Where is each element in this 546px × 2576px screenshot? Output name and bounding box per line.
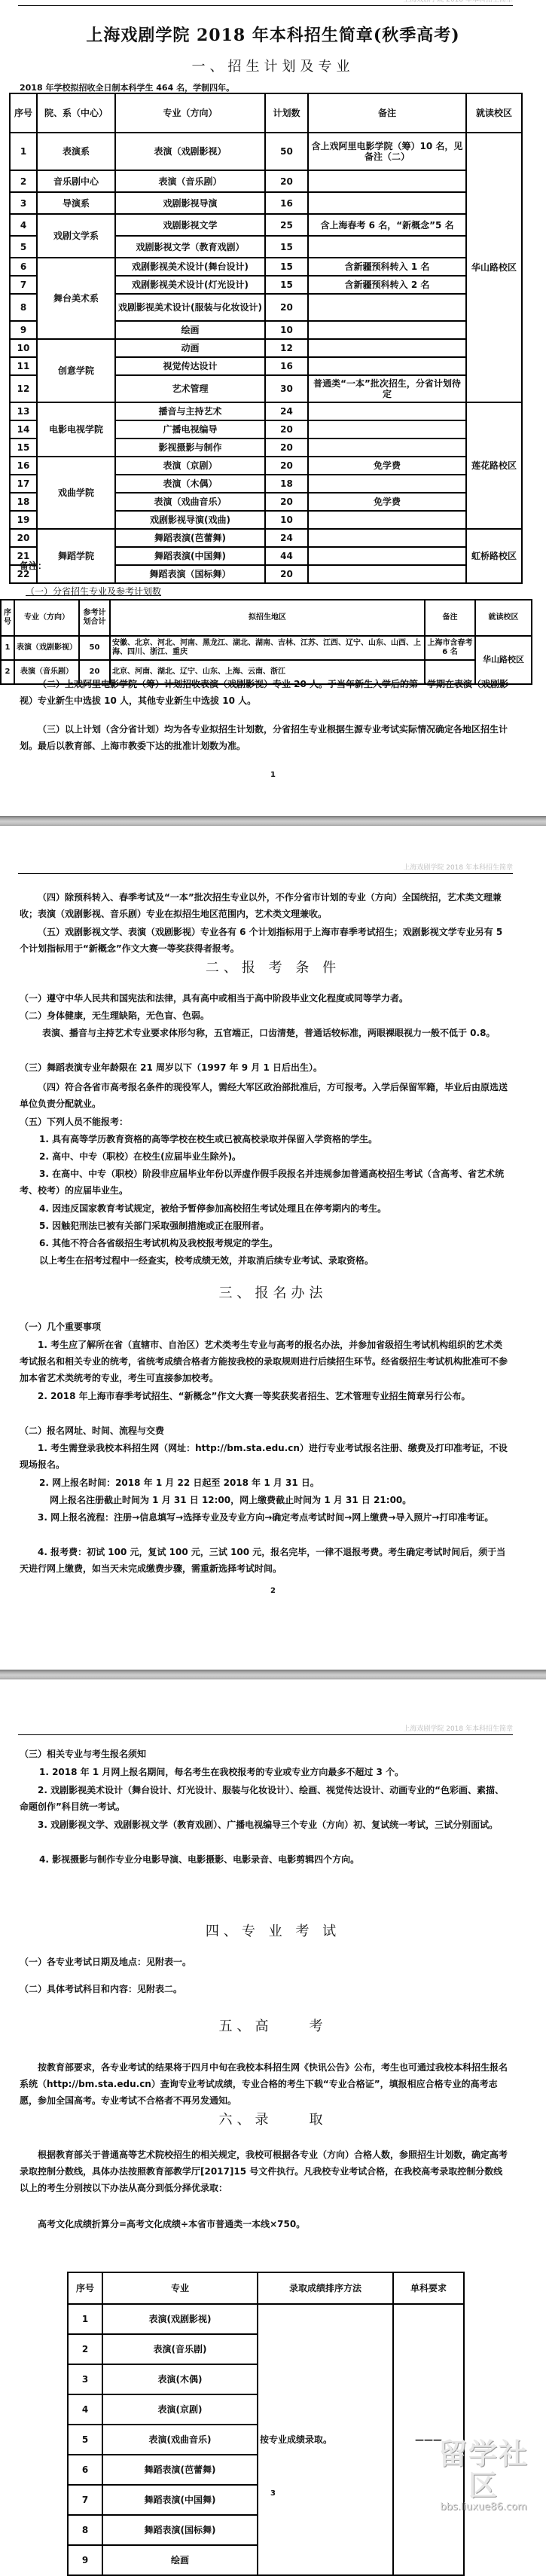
table-header-row: 序号 专业 录取成绩排序方法 单科要求 — [68, 2272, 464, 2304]
page-number: 1 — [0, 771, 546, 779]
page-2: 上海戏剧学院 2018 年本科招生简章 （四）除预科转入、春季考试及“一本”批次… — [0, 826, 546, 1670]
section-6-heading: 六、录 取 — [0, 2109, 546, 2128]
table-row: 1 表演系 表演（戏剧影视） 50 含上戏阿里电影学院（筹）10 名，见备注（二… — [10, 133, 522, 170]
section-3-heading: 三、报名办法 — [0, 1282, 546, 1302]
page-number: 2 — [0, 1587, 546, 1595]
section-6-text: 根据教育部关于普通高等艺术院校招生的相关规定，我校可根据各专业（方向）合格人数，… — [20, 2147, 509, 2196]
header-no: 序号 — [10, 93, 37, 133]
note-4: （四）除预科转入、春季考试及“一本”批次招生专业以外，不作分省市计划的专业（方向… — [20, 889, 509, 922]
section-3-sub-1-item-2: 2. 2018 年上海市春季考试招生、“新概念”作文大赛一等奖获奖者招生、艺术管… — [20, 1388, 509, 1404]
watermark-text: 留学社区 — [427, 2438, 540, 2501]
section-3-sub-3-item-4: 4. 影视摄影与制作专业分电影导演、电影摄影、电影录音、电影剪辑四个方向。 — [39, 1851, 509, 1868]
header-dept: 院、系（中心） — [37, 93, 115, 133]
table-row: 1 表演（戏剧影视） 50 安徽、北京、河北、河南、黑龙江、湖北、湖南、吉林、江… — [1, 636, 532, 660]
table-row: 20 舞蹈学院 舞蹈表演(芭蕾舞) 24 虹桥路校区 — [10, 529, 522, 547]
condition-3: （三）舞蹈表演专业年龄限在 21 周岁以下（1997 年 9 月 1 日后出生）… — [20, 1059, 509, 1076]
running-head: 上海戏剧学院 2018 年本科招生简章 — [18, 1723, 513, 1735]
condition-4: （四）符合各省市高考报名条件的现役军人，需经大军区政治部批准后，方可报考。入学后… — [20, 1079, 509, 1112]
section-3-sub-3: （三）相关专业与考生报名须知 — [20, 1746, 509, 1762]
section-3-sub-2-item-4: 4. 报考费：初试 100 元，复试 100 元，三试 100 元，报名完毕，一… — [20, 1544, 509, 1577]
excluded-1: 1. 具有高等学历教育资格的高等学校在校生或已被高校录取并保留入学资格的学生。 — [39, 1131, 509, 1147]
table-row: 6 舞台美术系 戏剧影视美术设计(舞台设计) 15 含新疆预科转入 1 名 — [10, 258, 522, 276]
condition-1: （一）遵守中华人民共和国宪法和法律，具有高中或相当于高中阶段毕业文化程度或同等学… — [20, 990, 509, 1007]
table-row: 2 音乐剧中心 表演（音乐剧） 20 — [10, 170, 522, 192]
condition-2: （二）身体健康，无生理缺陷，无色盲、色弱。 — [20, 1007, 509, 1024]
header-note: 备注 — [308, 93, 466, 133]
table-row: 1 表演(戏剧影视) 按专业成绩录取。 ——— — [68, 2304, 464, 2334]
section-3-sub-3-item-3: 3. 戏剧影视文学、戏剧影视文学（教育戏剧）、广播电视编导三个专业（方向）初、复… — [20, 1817, 509, 1833]
excluded-6: 6. 其他不符合各省级招生考试机构及我校报考规定的学生。 — [39, 1235, 509, 1251]
excluded-4: 4. 因违反国家教育考试规定，被给予暂停参加高校招生考试处理且在停考期内的考生。 — [39, 1200, 509, 1217]
page-separator — [0, 816, 546, 826]
excluded-5: 5. 因触犯刑法已被有关部门采取强制措施或正在服刑者。 — [39, 1218, 509, 1234]
campus-lianhua: 莲花路校区 — [466, 402, 522, 529]
note-5: （五）戏剧影视文学、表演（戏剧影视）专业各有 6 个计划指标用于上海市春季考试招… — [20, 924, 509, 957]
condition-5: （五）下列人员不能报考： — [20, 1114, 509, 1130]
enrollment-plan-table: 序号 院、系（中心） 专业（方向） 计划数 备注 就读校区 1 表演系 表演（戏… — [9, 93, 523, 584]
table-header-row: 序号 院、系（中心） 专业（方向） 计划数 备注 就读校区 — [10, 93, 522, 133]
exclusion-closing: 以上考生在招考过程中一经查实，校考成绩无效，并取消后续专业考试、录取资格。 — [39, 1252, 509, 1269]
section-4-item-2: （二）具体考试科目和内容：见附表二。 — [20, 1981, 509, 1997]
document-title: 上海戏剧学院 2018 年本科招生简章(秋季高考) — [0, 23, 546, 46]
section-3-sub-2-item-2: 2. 网上报名时间：2018 年 1 月 22 日起至 2018 年 1 月 3… — [39, 1474, 509, 1491]
campus-huashan: 华山路校区 — [466, 133, 522, 402]
section-3-sub-1: （一）几个重要事项 — [20, 1319, 509, 1335]
notes-label: 备注： — [20, 558, 509, 574]
section-3-sub-2-item-1: 1. 考生需登录我校本科招生网（网址：http://bm.sta.edu.cn）… — [20, 1440, 509, 1473]
section-5-text: 按教育部要求，各专业考试的结果将于四月中旬在我校本科招生网《快讯公告》公布，考生… — [20, 2059, 509, 2109]
note-3: （三）以上计划（含分省计划）均为各专业拟招生计划数，分省招生专业根据生源专业考试… — [20, 721, 509, 754]
page-3: 上海戏剧学院 2018 年本科招生简章 （三）相关专业与考生报名须知 1. 20… — [0, 1679, 546, 2507]
section-3-sub-1-item-1: 1. 考生应了解所在省（直辖市、自治区）艺术类考生专业与高考的报名办法，并参加省… — [20, 1337, 509, 1386]
watermark-url: bbs.liuxue86.com — [427, 2501, 540, 2513]
admission-method: 按专业成绩录取。 — [258, 2304, 393, 2575]
header-campus: 就读校区 — [466, 93, 522, 133]
province-plan-table: 序号 专业（方向） 参考计划合计 拟招生地区 备注 就读校区 1 表演（戏剧影视… — [0, 599, 532, 685]
running-head: 上海戏剧学院 2018 年本科招生简章 — [18, 862, 513, 874]
table-row: 16 戏曲学院 表演（京剧） 20 免学费 — [10, 457, 522, 475]
table-row: 4 戏剧文学系 戏剧影视文学 25 含上海春考 6 名，“新概念”5 名 — [10, 214, 522, 236]
table-row: 3 导演系 戏剧影视导演 16 — [10, 192, 522, 214]
page-separator — [0, 1670, 546, 1679]
section-1-heading: 一、招生计划及专业 — [0, 56, 546, 75]
note-1-heading: （一）分省招生专业及参考计划数 — [26, 583, 515, 600]
section-3-sub-2-item-3: 3. 网上报名流程：注册→信息填写→选择专业及专业方向→确定考点考试时间→网上缴… — [20, 1509, 509, 1526]
page-1: 上海戏剧学院 2018 年本科招生简章 上海戏剧学院 2018 年本科招生简章(… — [0, 0, 546, 816]
table-row: 13 电影电视学院 播音与主持艺术 24 莲花路校区 — [10, 402, 522, 420]
section-5-heading: 五、高 考 — [0, 2015, 546, 2035]
watermark-logo: 留学社区 bbs.liuxue86.com — [427, 2438, 540, 2491]
condition-2-detail: 表演、播音与主持艺术专业要求体形匀称，五官端正，口齿清楚，普通话较标准，两眼裸眼… — [42, 1025, 509, 1041]
section-4-heading: 四、专 业 考 试 — [0, 1921, 546, 1940]
section-3-sub-2-item-2-detail: 网上报名注册截止时间为 1 月 31 日 12:00，网上缴费截止时间为 1 月… — [50, 1492, 509, 1508]
section-3-sub-3-item-1: 1. 2018 年 1 月网上报名期间，每名考生在我校报考的专业或专业方向最多不… — [39, 1764, 509, 1780]
excluded-2: 2. 高中、中专（职校）在校生(应届毕业生除外)。 — [39, 1148, 509, 1165]
section-3-sub-3-item-2: 2. 戏剧影视美术设计（舞台设计、灯光设计、服装与化妆设计）、绘画、视觉传达设计… — [20, 1782, 509, 1815]
section-2-heading: 二、报 考 条 件 — [0, 957, 546, 976]
excluded-3: 3. 在高中、中专（职校）阶段非应届毕业年份以弄虚作假手段报名并违规参加普通高校… — [20, 1166, 509, 1199]
campus-hongqiao: 虹桥路校区 — [466, 529, 522, 583]
table-header-row: 序号 专业（方向） 参考计划合计 拟招生地区 备注 就读校区 — [1, 600, 532, 636]
note-2: （二）上戏阿里电影学院（筹）计划招收表演（戏剧影视）专业 20 人。于当年新生入… — [20, 676, 509, 709]
table-row: 10 创意学院 动画 12 — [10, 339, 522, 357]
section-3-sub-2: （二）报名网址、时间、流程与交费 — [20, 1422, 509, 1439]
header-major: 专业（方向） — [115, 93, 265, 133]
admission-method-table: 序号 专业 录取成绩排序方法 单科要求 1 表演(戏剧影视) 按专业成绩录取。 … — [67, 2272, 465, 2576]
running-head: 上海戏剧学院 2018 年本科招生简章 — [18, 0, 513, 6]
section-4-item-1: （一）各专业考试日期及地点：见附表一。 — [20, 1954, 509, 1970]
header-plan: 计划数 — [265, 93, 308, 133]
admission-formula: 高考文化成绩折算分=高考文化成绩÷本省市普通类一本线×750。 — [20, 2216, 509, 2232]
